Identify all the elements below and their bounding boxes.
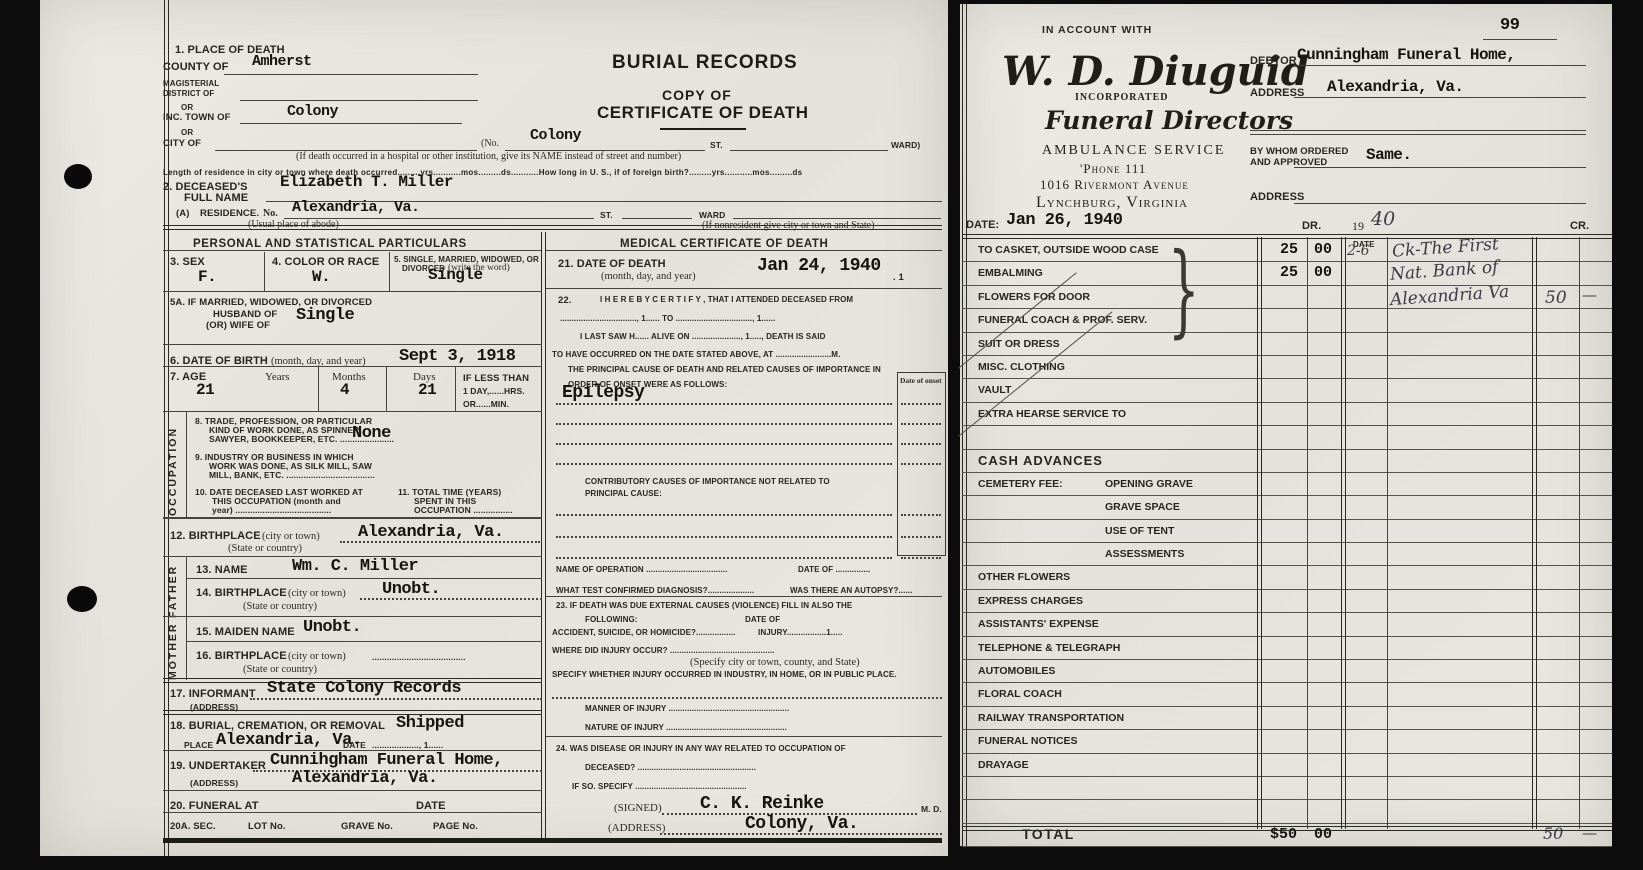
page-number-line: [1483, 25, 1557, 40]
r22-occurred-line: TO HAVE OCCURRED ON THE DATE STATED ABOV…: [552, 350, 840, 359]
r20-rule: [163, 812, 542, 813]
ledger-row: EMBALMING2500: [962, 262, 1612, 285]
debtor-line: [1294, 51, 1586, 66]
account-date-label: DATE:: [966, 219, 999, 231]
operation-date-label: DATE OF ...............: [798, 565, 870, 574]
r21-rule: [546, 288, 942, 289]
in-account-with-label: IN ACCOUNT WITH: [1042, 24, 1152, 36]
marital-value: Single: [428, 266, 483, 284]
magisterial-label: MAGISTERIAL: [163, 79, 219, 88]
year-handwritten: 40: [1371, 208, 1395, 230]
manner-of-injury-label: MANNER OF INJURY .......................…: [585, 704, 789, 713]
race-label: 4. COLOR OR RACE: [272, 256, 379, 268]
st-label: ST.: [710, 140, 723, 150]
ledger-row: AUTOMOBILES: [962, 660, 1612, 683]
address-paren-label: (ADDRESS): [608, 822, 665, 834]
r22-last-saw-line: I LAST SAW H...... ALIVE ON ............…: [580, 332, 825, 341]
ledger-item-label: AUTOMOBILES: [978, 665, 1055, 677]
ledger-dr-cents: 00: [1314, 241, 1332, 258]
r20a-page-label: PAGE No.: [433, 821, 478, 832]
date-of-death-value: Jan 24, 1940: [757, 256, 881, 276]
ledger-rule-dr-cents: [1307, 237, 1308, 829]
ward2-label: WARD: [699, 210, 725, 220]
r24-line-1: 24. WAS DISEASE OR INJURY IN ANY WAY REL…: [556, 744, 846, 753]
ledger-dr-cents: 00: [1314, 264, 1332, 281]
contrib-dots-1: [556, 500, 892, 516]
r24-deceased-label: DECEASED? ..............................…: [585, 763, 756, 772]
ledger-row: USE OF TENT: [962, 520, 1612, 543]
copy-of-title: COPY OF: [662, 87, 732, 103]
r20-label: 20. FUNERAL AT: [170, 800, 259, 812]
occupation-vertical-label: OCCUPATION: [167, 420, 179, 516]
contrib-dots-2: [556, 522, 892, 538]
blank-line: [1250, 130, 1586, 135]
city-line: [215, 134, 477, 151]
sex-label: 3. SEX: [170, 256, 205, 268]
ledger-row: FUNERAL NOTICES: [962, 730, 1612, 753]
ledger-item-label: CEMETERY FEE:: [978, 478, 1063, 490]
ledger-bottom-rule: [962, 826, 1612, 831]
r20a-lot-label: LOT No.: [248, 821, 286, 832]
ledger-item-label: ASSISTANTS' EXPENSE: [978, 618, 1099, 630]
mother-bracket-rule: [186, 616, 187, 680]
or-label-2: OR: [181, 128, 193, 137]
onset-dots-3: [901, 429, 941, 445]
r21-label: 21. DATE OF DEATH: [558, 258, 666, 270]
row345-rule: [163, 291, 542, 292]
r19-sub: (ADDRESS): [190, 778, 238, 788]
ledger-item-label: FUNERAL NOTICES: [978, 735, 1078, 747]
r23-specify-city-note: (Specify city or town, county, and State…: [690, 657, 860, 668]
ledger-row: EXTRA HEARSE SERVICE TO: [962, 403, 1612, 426]
ledger-row: DRAYAGE: [962, 754, 1612, 777]
ward2-line: [733, 202, 941, 219]
ledger-item-label: FUNERAL COACH & PROF. SERV.: [978, 314, 1147, 326]
r22-principal-line: THE PRINCIPAL CAUSE OF DEATH AND RELATED…: [568, 365, 881, 374]
r14-sub: (State or country): [243, 601, 317, 612]
ledger-item-label: EXTRA HEARSE SERVICE TO: [978, 408, 1126, 420]
residence-no-label: No.: [263, 208, 278, 219]
r15-label: 15. MAIDEN NAME: [196, 626, 295, 638]
ledger-row: OTHER FLOWERS: [962, 566, 1612, 589]
ledger-row: VAULT: [962, 379, 1612, 402]
r13-value: Wm. C. Miller: [292, 557, 418, 576]
address-dots: [660, 819, 942, 835]
ledger-row: CASH ADVANCES: [962, 450, 1612, 473]
race-value: W.: [312, 268, 330, 286]
r12-dots: [340, 527, 540, 543]
personal-title-rule: [163, 250, 542, 251]
r16-dots: ......................................: [372, 652, 466, 662]
residence-length-line: Length of residence in city or town wher…: [163, 168, 802, 177]
ledger-rule-dr-left: [1257, 237, 1262, 829]
less-hrs-label: 1 DAY,......HRS.: [463, 386, 525, 396]
occupation-bracket-rule: [186, 411, 187, 517]
street-address-label: 1016 Rivermont Avenue: [1040, 177, 1189, 193]
ledger-row: [962, 777, 1612, 800]
r23-date-of-label: DATE OF: [745, 615, 780, 624]
ledger-item-label: VAULT: [978, 384, 1011, 396]
r5a-value: Single: [296, 306, 354, 325]
dob-value: Sept 3, 1918: [399, 347, 515, 366]
signed-label: (SIGNED): [614, 802, 662, 814]
st2-label: ST.: [600, 210, 613, 220]
ledger-item-label: FLORAL COACH: [978, 688, 1062, 700]
punch-hole-top: [64, 164, 92, 189]
r23-accident-label: ACCIDENT, SUICIDE, OR HOMICIDE?.........…: [552, 628, 735, 637]
account-date-value: Jan 26, 1940: [1006, 211, 1122, 230]
ledger-item-sublabel: GRAVE SPACE: [1105, 501, 1180, 513]
age-cell-rule-3: [455, 366, 456, 411]
cr-amount-handwritten: 50: [1545, 288, 1567, 308]
district-line: [240, 84, 478, 101]
r15-value: Unobt.: [303, 618, 361, 637]
cell-rule-1: [264, 252, 265, 292]
ledger-row: GRAVE SPACE: [962, 496, 1612, 519]
contributory-line-1: CONTRIBUTORY CAUSES OF IMPORTANCE NOT RE…: [585, 477, 830, 486]
r23-where-label: WHERE DID INJURY OCCUR? ................…: [552, 646, 774, 655]
ordered-address-line: [1294, 189, 1586, 204]
ledger-row: RAILWAY TRANSPORTATION: [962, 707, 1612, 730]
ledger-item-sublabel: ASSESSMENTS: [1105, 548, 1184, 560]
certificate-title: CERTIFICATE OF DEATH: [597, 103, 808, 123]
st2-line: [622, 202, 692, 219]
signed-dots: [662, 799, 917, 815]
r23-specify-whether-label: SPECIFY WHETHER INJURY OCCURRED IN INDUS…: [552, 670, 897, 679]
r15-rule: [186, 641, 542, 642]
contributory-line-2: PRINCIPAL CAUSE:: [585, 489, 662, 498]
year-printed: 19: [1352, 219, 1364, 234]
debtor-address-line: [1294, 83, 1586, 98]
full-name-label: FULL NAME: [184, 192, 248, 204]
onset-dots-5: [901, 500, 941, 516]
r17-label: 17. INFORMANT: [170, 688, 256, 700]
age-value: 21: [196, 381, 214, 399]
r20a-grave-label: GRAVE No.: [341, 821, 393, 832]
county-line: [224, 58, 478, 75]
r9-line3: MILL, BANK, ETC. .......................…: [209, 470, 375, 480]
ambulance-service-label: AMBULANCE SERVICE: [1042, 143, 1225, 159]
years-label: Years: [265, 371, 290, 383]
ledger-row: [962, 800, 1612, 823]
age-rule: [163, 411, 542, 412]
cr-column-label: CR.: [1570, 220, 1589, 232]
title-underline: [660, 128, 746, 130]
st-line: [730, 134, 888, 151]
r23-dots: [552, 683, 942, 699]
onset-dots-1: [901, 389, 941, 405]
mother-vertical-label: MOTHER: [167, 622, 179, 680]
phone-label: 'Phone 111: [1080, 161, 1146, 177]
if-less-than-label: IF LESS THAN: [463, 373, 529, 384]
r12-paren: (city or town): [262, 531, 320, 542]
city-state-label: Lynchburg, Virginia: [1036, 194, 1188, 212]
r11-line3: OCCUPATION ................: [414, 505, 513, 515]
dr-column-label: DR.: [1302, 220, 1321, 232]
r23-line-1: 23. IF DEATH WAS DUE EXTERNAL CAUSES (VI…: [556, 601, 852, 610]
r20a-sec-label: 20A. SEC.: [170, 821, 216, 832]
ledger-row: [962, 426, 1612, 449]
cause-dots-3: [556, 429, 892, 445]
r16-paren: (city or town): [288, 651, 346, 662]
days-value: 21: [418, 381, 436, 399]
r22-from-to-line: ................................., 1....…: [560, 314, 775, 323]
no-line: [505, 134, 705, 151]
medical-section-title: MEDICAL CERTIFICATE OF DEATH: [620, 238, 828, 250]
r5a-rule: [163, 344, 542, 345]
incorporated-label: INCORPORATED: [1075, 92, 1168, 103]
medical-title-rule: [546, 250, 942, 251]
ordered-line: [1294, 153, 1586, 168]
test-label: WHAT TEST CONFIRMED DIAGNOSIS?..........…: [556, 586, 754, 595]
r10-line3: year) ..................................…: [212, 505, 331, 515]
ledger-row: TELEPHONE & TELEGRAPH: [962, 637, 1612, 660]
onset-dots-7: [901, 543, 941, 559]
ledger-entry-date: 2-6: [1347, 243, 1370, 259]
ledger-row: ASSISTANTS' EXPENSE: [962, 613, 1612, 636]
inc-town-line: [240, 107, 462, 124]
ledger-item-label: TO CASKET, OUTSIDE WOOD CASE: [978, 244, 1159, 256]
r20-date-label: DATE: [416, 800, 446, 812]
father-bracket-rule: [186, 556, 187, 618]
r23-top-rule: [546, 596, 942, 597]
date-of-onset-label: Date of onset: [900, 376, 942, 385]
r12-label: 12. BIRTHPLACE: [170, 530, 261, 542]
r19-value-2: Alexandria, Va.: [292, 769, 438, 788]
r14-paren: (city or town): [288, 588, 346, 599]
md-label: M. D.: [921, 804, 942, 814]
r24-if-so-label: IF SO. SPECIFY .........................…: [572, 782, 747, 791]
r17-rule: [163, 710, 542, 715]
residence-label: RESIDENCE.: [200, 208, 259, 219]
page-bottom-bar: [163, 838, 942, 843]
r13-rule: [186, 578, 542, 579]
r12-sub: (State or country): [228, 543, 302, 554]
cause-dots-1: [556, 389, 892, 405]
punch-hole-bottom: [67, 586, 97, 612]
city-of-label: CITY OF: [163, 138, 201, 149]
contrib-dots-3: [556, 543, 892, 559]
r13-label: 13. NAME: [196, 564, 248, 576]
debtor-label: DEBTOR: [1250, 55, 1297, 67]
r16-sub: (State or country): [243, 664, 317, 675]
r14-dots: [360, 584, 542, 600]
ledger-row: FLOWERS FOR DOOR: [962, 286, 1612, 309]
wife-of-label: (OR) WIFE OF: [206, 320, 270, 331]
months-value: 4: [340, 381, 349, 399]
cell-rule-2: [389, 252, 390, 292]
district-label: DISTRICT OF: [163, 89, 214, 98]
r23-following-label: FOLLOWING:: [585, 615, 638, 624]
ledger-rule-date-right: [1387, 237, 1388, 829]
cause-dots-4: [556, 449, 892, 465]
ledger-item-label: EXPRESS CHARGES: [978, 595, 1083, 607]
father-vertical-label: FATHER: [167, 562, 179, 618]
age-cell-rule-2: [386, 366, 387, 411]
ledger-row: EXPRESS CHARGES: [962, 590, 1612, 613]
less-min-label: OR......MIN.: [463, 399, 509, 409]
nature-of-injury-label: NATURE OF INJURY .......................…: [585, 723, 787, 732]
ledger-rule-dr-right: [1341, 237, 1346, 829]
r14-rule: [163, 616, 542, 617]
ledger-item-label: FLOWERS FOR DOOR: [978, 291, 1090, 303]
r14-label: 14. BIRTHPLACE: [196, 587, 287, 599]
ledger-rule-cr-left: [1532, 237, 1537, 829]
ledger-item-label: DRAYAGE: [978, 759, 1029, 771]
ledger-item-label: SUIT OR DRESS: [978, 338, 1060, 350]
r18-date-dots: ..................., 1......: [372, 740, 443, 750]
ledger-item-sublabel: OPENING GRAVE: [1105, 478, 1193, 490]
r21-paren: (month, day, and year): [601, 271, 696, 282]
r18-place-label: PLACE: [184, 740, 213, 750]
personal-section-title: PERSONAL AND STATISTICAL PARTICULARS: [193, 238, 467, 250]
hospital-note: (If death occurred in a hospital or othe…: [296, 151, 681, 162]
ledger-dr-dollars: 25: [1280, 241, 1298, 258]
ledger-row: TO CASKET, OUTSIDE WOOD CASE25002-6: [962, 239, 1612, 262]
ledger-row: CEMETERY FEE:OPENING GRAVE: [962, 473, 1612, 496]
onset-dots-4: [901, 449, 941, 465]
husband-of-label: HUSBAND OF: [213, 309, 277, 320]
ledger-row: FLORAL COACH: [962, 683, 1612, 706]
r18-date-label: DATE: [343, 740, 366, 750]
cash-advances-header: CASH ADVANCES: [978, 453, 1103, 468]
r17-dots: [250, 684, 542, 700]
onset-dots-2: [901, 409, 941, 425]
or-label-1: OR: [181, 103, 193, 112]
ledger-item-label: TELEPHONE & TELEGRAPH: [978, 642, 1120, 654]
no-label: (No.: [481, 138, 499, 149]
ledger-row: MISC. CLOTHING: [962, 356, 1612, 379]
occupation-rule: [163, 517, 542, 519]
header-divider: [163, 225, 942, 230]
operation-label: NAME OF OPERATION ......................…: [556, 565, 727, 574]
residence-line: [284, 202, 594, 219]
cr-dash-handwritten: —: [1582, 286, 1597, 304]
ledger-item-label: OTHER FLOWERS: [978, 571, 1070, 583]
r22-number: 22.: [558, 295, 572, 306]
cause-dots-2: [556, 409, 892, 425]
r16-label: 16. BIRTHPLACE: [196, 650, 287, 662]
r8-value: None: [352, 424, 391, 443]
ledger-dr-dollars: 25: [1280, 264, 1298, 281]
residence-a-label: (A): [176, 208, 190, 219]
county-label: COUNTY OF: [163, 61, 228, 73]
ledger-rule-cr-cents: [1579, 237, 1580, 829]
r19-rule: [163, 790, 542, 791]
ledger-row: ASSESSMENTS: [962, 543, 1612, 566]
ledger-item-label: RAILWAY TRANSPORTATION: [978, 712, 1124, 724]
r23-injury-label: INJURY.................1.....: [758, 628, 842, 637]
grouping-brace: }: [1168, 246, 1200, 334]
dob-rule: [163, 366, 542, 367]
ward-label: WARD): [891, 140, 920, 150]
inc-town-label: INC. TOWN OF: [163, 112, 231, 123]
sex-value: F.: [198, 268, 216, 286]
r22-certify-line: I H E R E B Y C E R T I F Y , THAT I ATT…: [600, 295, 853, 304]
age-cell-rule-1: [318, 366, 319, 411]
ledger-rows: TO CASKET, OUTSIDE WOOD CASE25002-6 EMBA…: [962, 239, 1612, 847]
r18-value: Shipped: [396, 714, 464, 733]
ledger-item-sublabel: USE OF TENT: [1105, 525, 1174, 537]
r21-tail: . 1: [893, 272, 904, 283]
r24-top-rule: [546, 736, 942, 737]
ledger-item-label: EMBALMING: [978, 267, 1043, 279]
burial-records-title: BURIAL RECORDS: [612, 52, 798, 74]
ledger-row: FUNERAL COACH & PROF. SERV.: [962, 309, 1612, 332]
ledger-item-label: MISC. CLOTHING: [978, 361, 1065, 373]
r19-label: 19. UNDERTAKER: [170, 760, 266, 772]
scanned-burial-record: { "cert": { "titles": { "main": "BURIAL …: [0, 0, 1643, 870]
onset-dots-6: [901, 522, 941, 538]
autopsy-label: WAS THERE AN AUTOPSY?......: [790, 586, 912, 595]
r18-place-value: Alexandria, Va.: [216, 731, 362, 750]
